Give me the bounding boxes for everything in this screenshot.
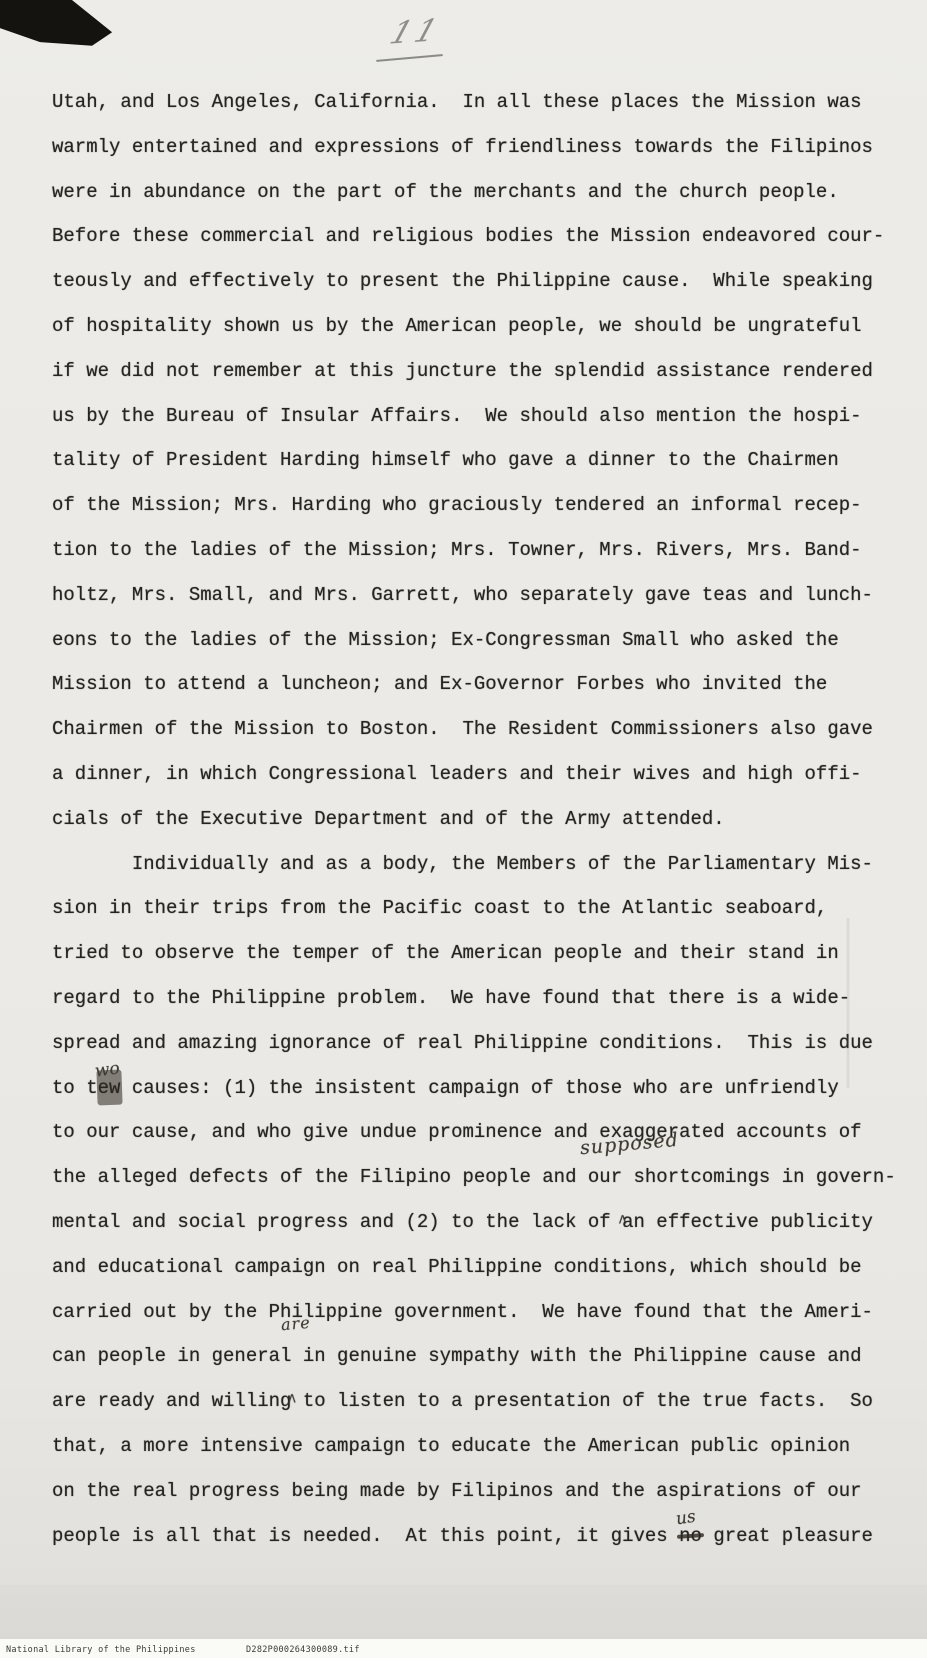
page-number-underline xyxy=(376,54,443,62)
typed-line: and educational campaign on real Philipp… xyxy=(52,1245,912,1290)
typed-segment: to t xyxy=(52,1077,98,1099)
typed-line: us by the Bureau of Insular Affairs. We … xyxy=(52,394,912,439)
typed-line: that, a more intensive campaign to educa… xyxy=(52,1424,912,1469)
typed-line: holtz, Mrs. Small, and Mrs. Garrett, who… xyxy=(52,573,912,618)
scan-corner-artifact xyxy=(0,0,118,52)
typed-line: sion in their trips from the Pacific coa… xyxy=(52,886,912,931)
typed-line: mental and social progress and (2) to th… xyxy=(52,1200,912,1245)
handwritten-insert: supposed xyxy=(578,1118,680,1171)
typed-line-with-insertion: can people in generalare^ in genuine sym… xyxy=(52,1334,912,1379)
typed-line: are ready and willing to listen to a pre… xyxy=(52,1379,912,1424)
typed-segment: people is all that is needed. At this po… xyxy=(52,1525,679,1547)
scan-footer-strip: National Library of the Philippines D282… xyxy=(0,1639,927,1658)
scanner-edge-band xyxy=(0,1585,927,1639)
typed-line-with-correction: to tewwo causes: (1) the insistent campa… xyxy=(52,1066,912,1111)
typed-line-paragraph-start: Individually and as a body, the Members … xyxy=(52,842,912,887)
typed-segment: great pleasure xyxy=(702,1525,873,1547)
typed-line: eons to the ladies of the Mission; Ex-Co… xyxy=(52,618,912,663)
typed-text-block: Utah, and Los Angeles, California. In al… xyxy=(52,80,912,1558)
typed-segment: the alleged defects of the Filipino peop… xyxy=(52,1166,622,1188)
typed-line-with-insertion: the alleged defects of the Filipino peop… xyxy=(52,1155,912,1200)
typed-line: regard to the Philippine problem. We hav… xyxy=(52,976,912,1021)
typed-line: Mission to attend a luncheon; and Ex-Gov… xyxy=(52,662,912,707)
typed-line: tion to the ladies of the Mission; Mrs. … xyxy=(52,528,912,573)
handwritten-insert: are xyxy=(280,1300,313,1347)
typed-line: if we did not remember at this juncture … xyxy=(52,349,912,394)
typed-line: Before these commercial and religious bo… xyxy=(52,214,912,259)
typed-line: of hospitality shown us by the American … xyxy=(52,304,912,349)
caret-mark: ^ xyxy=(618,1198,627,1252)
typed-segment: in genuine sympathy with the Philippine … xyxy=(291,1345,861,1367)
typed-line: to our cause, and who give undue promine… xyxy=(52,1110,912,1155)
typed-segment: shortcomings in govern- xyxy=(622,1166,896,1188)
typed-line: warmly entertained and expressions of fr… xyxy=(52,125,912,170)
typed-line: a dinner, in which Congressional leaders… xyxy=(52,752,912,797)
footer-filename-label: D282P000264300089.tif xyxy=(246,1645,360,1655)
typed-line: carried out by the Philippine government… xyxy=(52,1290,912,1335)
caret-mark: ^ xyxy=(287,1377,296,1431)
scan-crease-artifact xyxy=(846,918,850,1088)
typed-line: Utah, and Los Angeles, California. In al… xyxy=(52,80,912,125)
typed-line: on the real progress being made by Filip… xyxy=(52,1469,912,1514)
typed-segment: can people in general xyxy=(52,1345,291,1367)
typed-line: teously and effectively to present the P… xyxy=(52,259,912,304)
typed-line: tried to observe the temper of the Ameri… xyxy=(52,931,912,976)
typed-line: tality of President Harding himself who … xyxy=(52,438,912,483)
typed-line: cials of the Executive Department and of… xyxy=(52,797,912,842)
typed-line: were in abundance on the part of the mer… xyxy=(52,170,912,215)
overstruck-word: ewwo xyxy=(98,1066,121,1111)
typed-line: Chairmen of the Mission to Boston. The R… xyxy=(52,707,912,752)
handwritten-page-number: 11 xyxy=(385,12,446,51)
typed-line-with-correction: people is all that is needed. At this po… xyxy=(52,1514,912,1559)
typed-line: spread and amazing ignorance of real Phi… xyxy=(52,1021,912,1066)
typed-segment: causes: (1) the insistent campaign of th… xyxy=(120,1077,838,1099)
scanned-document-page: 11 Utah, and Los Angeles, California. In… xyxy=(0,0,927,1658)
typed-line: of the Mission; Mrs. Harding who graciou… xyxy=(52,483,912,528)
struck-word: nous xyxy=(679,1514,702,1559)
footer-library-label: National Library of the Philippines xyxy=(6,1645,196,1655)
